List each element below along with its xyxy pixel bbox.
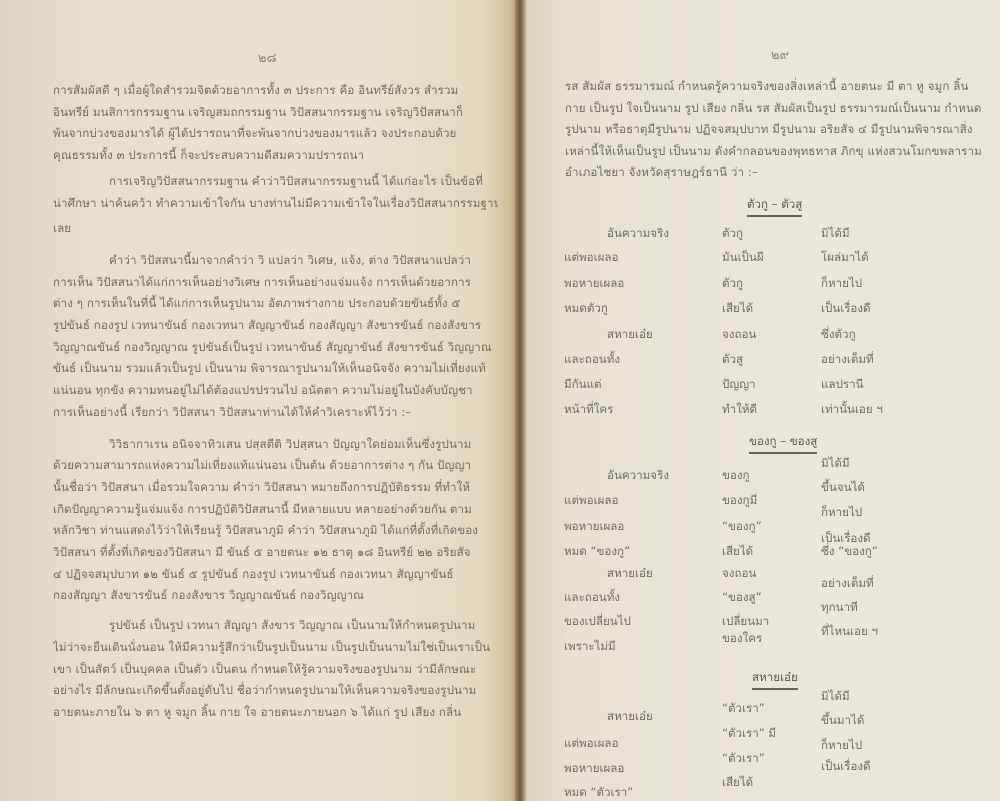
poem-line-3: ก็หายไป (821, 275, 862, 293)
poem-line-1: และถอนทั้ง (564, 589, 620, 607)
poem-line-1: หมด “ตัวเรา” (564, 784, 633, 801)
text-line: อำเภอไชยา จังหวัดสุราษฎร์ธานี ว่า :– (565, 162, 965, 184)
right-page-intro: รส สัมผัส ธรรมารมณ์ กำหนดรู้ความจริงของส… (565, 76, 965, 184)
open-book-spread: ๒๘ การสัมผัสดี ๆ เมื่อผู้ใดสำรวมจิตด้วยอ… (0, 0, 1000, 801)
poem-line-1: พอหายเผลอ (564, 518, 624, 536)
poem-line-1: หมดตัวกู (564, 300, 608, 318)
poem-line-2: ตัวกู (722, 275, 743, 293)
poem-line-2: มันเป็นผี (722, 249, 764, 267)
poem-line-3: เป็นเรื่องดี (821, 758, 871, 776)
poem-line-3: ทุกนาที (821, 599, 858, 617)
text-line: ต่าง ๆ การเห็นในที่นี้ ได้แก่การเห็นรูปน… (53, 293, 498, 315)
poem-line-2: “ของสู” (722, 589, 762, 607)
poem-line-2: ทำให้ดี (722, 401, 757, 419)
text-line: อินทรีย์ มนสิการกรรมฐาน เจริญสมถกรรมฐาน … (53, 102, 498, 124)
poem-title: ตัวกู – ตัวสู (747, 196, 802, 217)
poem-line-1: แต่พอเผลอ (564, 249, 618, 267)
text-line: ไม่ว่าจะยืนเดินนั่งนอน ให้มีความรู้สึกว่… (53, 637, 498, 659)
text-line: รูปขันธ์ เป็นรูป เวทนา สัญญา สังขาร วิญญ… (53, 615, 498, 637)
poem-line-3: โผล่มาได้ (821, 249, 869, 267)
poem-line-1: พอหายเผลอ (564, 760, 624, 778)
poem-line-3: ที่ไหนเอย ฯ (821, 623, 878, 641)
poem-line-1: มีกันแต่ (564, 376, 602, 394)
text-line: การเห็น วิปัสสนาได้แก่การเห็นอย่างวิเศษ … (53, 272, 498, 294)
page-number: ๒๙ (771, 44, 789, 65)
paragraph: การเจริญวิปัสสนากรรมฐาน คำว่าวิปัสสนากรร… (53, 171, 498, 240)
poem-line-2: ของใคร (722, 630, 762, 648)
poem-line-1: พอหายเผลอ (564, 275, 624, 293)
poem-line-1: หมด “ของกู” (564, 543, 630, 561)
text-line: ด้วยความสามารถแห่งความไม่เที่ยงแท้แน่นอน… (53, 455, 498, 477)
poem-line-1: แต่พอเผลอ (564, 492, 618, 510)
poem-line-2: เปลี่ยนมา (722, 613, 769, 631)
text-line: กาย เป็นรูป ใจเป็นนาม รูป เสียง กลิ่น รส… (565, 98, 965, 120)
text-line: วิปัสสนา ที่ตั้งที่เกิดของวิปัสสนา มี ขั… (53, 542, 498, 564)
text-line: การเห็นอย่างนี้ เรียกว่า วิปัสสนา วิปัสส… (53, 402, 498, 424)
poem-title: สหายเอ๋ย (752, 669, 798, 690)
poem-line-2: ตัวกู (722, 225, 743, 243)
poem-line-2: ของกู (722, 467, 750, 485)
text-line: วิญญาณขันธ์ กองวิญญาณ รูปขันธ์เป็นรูป เว… (53, 337, 498, 359)
poem-line-3: ก็หายไป (821, 737, 862, 755)
poem-line-3: ขึ้นมาได้ (821, 712, 864, 730)
poem-title: ของกู – ของสู (749, 433, 817, 454)
poem-line-2: เสียได้ (722, 774, 753, 792)
poem-line-2: ของกูมี (722, 492, 757, 510)
text-line: คุณธรรมทั้ง ๓ ประการนี้ ก็จะประสบความดีส… (53, 145, 498, 167)
text-line: การสัมผัสดี ๆ เมื่อผู้ใดสำรวมจิตด้วยอากา… (53, 80, 498, 102)
poem-line-1: หน้าที่ใคร (564, 401, 613, 419)
text-line: แน่นอน ทุกขัง ความทนอยู่ไม่ได้ต้องแปรปรว… (53, 380, 498, 402)
poem-line-1: แต่พอเผลอ (564, 735, 618, 753)
text-line: เลย (53, 218, 498, 240)
poem-line-2: ปัญญา (722, 376, 756, 394)
text-line: รส สัมผัส ธรรมารมณ์ กำหนดรู้ความจริงของส… (565, 76, 965, 98)
text-line: เขา เป็นสัตว์ เป็นบุคคล เป็นตัว เป็นตน ก… (53, 659, 498, 681)
poem-line-1: สหายเอ๋ย (607, 708, 653, 726)
poem-line-1: เพราะไม่มี (564, 638, 616, 656)
poem-line-1: และถอนทั้ง (564, 351, 620, 369)
poem-line-2: จงถอน (722, 565, 756, 583)
poem-line-2: “ตัวเรา” (722, 750, 765, 768)
page-number: ๒๘ (258, 47, 277, 68)
poem-line-2: เสียได้ (722, 300, 753, 318)
text-line: ขันธ์ เป็นนาม รวมแล้วเป็นรูป เป็นนาม พิจ… (53, 358, 498, 380)
poem-line-1: ของเปลี่ยนไป (564, 613, 631, 631)
text-line: เกิดปัญญาความรู้แจ่มแจ้ง การปฏิบัติวิปัส… (53, 499, 498, 521)
left-page: ๒๘ การสัมผัสดี ๆ เมื่อผู้ใดสำรวมจิตด้วยอ… (0, 0, 515, 801)
right-page: ๒๙ รส สัมผัส ธรรมารมณ์ กำหนดรู้ความจริงข… (527, 0, 1000, 801)
text-line: นั้นชื่อว่า วิปัสสนา เมื่อรวมใจความ คำว่… (53, 477, 498, 499)
left-page-body: การสัมผัสดี ๆ เมื่อผู้ใดสำรวมจิตด้วยอากา… (53, 80, 498, 724)
poem-line-3: ขึ้นจนได้ (821, 479, 865, 497)
poem-line-3: เป็นเรื่องดี (821, 300, 871, 318)
poem-line-3: อย่างเต็มที่ (821, 351, 874, 369)
poem-line-1: อันความจริง (607, 467, 669, 485)
paragraph: การสัมผัสดี ๆ เมื่อผู้ใดสำรวมจิตด้วยอากา… (53, 80, 498, 167)
text-line: อย่างไร มีลักษณะเกิดขึ้นตั้งอยู่ดับไป ชื… (53, 680, 498, 702)
paragraph: คำว่า วิปัสสนานี้มาจากคำว่า วิ แปลว่า วิ… (53, 250, 498, 424)
poem-line-3: แลปรานี (821, 376, 864, 394)
poem-line-1: สหายเอ๋ย (607, 565, 653, 583)
poem-line-3: มิได้มี (821, 688, 850, 706)
poem-line-3: ซึ่ง “ของกู” (821, 543, 878, 561)
text-line: พ้นจากบ่วงของมารได้ ผู้ได้ปรารถนาที่จะพ้… (53, 123, 498, 145)
poem-line-2: “ของกู” (722, 518, 762, 536)
text-line: หลักวิชา ท่านแสดงไว้ว่าให้เรียนรู้ วิปัส… (53, 520, 498, 542)
text-line: รูปขันธ์ กองรูป เวทนาขันธ์ กองเวทนา สัญญ… (53, 315, 498, 337)
poem-line-3: มิได้มี (821, 225, 850, 243)
poem-line-2: จงถอน (722, 326, 756, 344)
poem-line-2: เสียได้ (722, 543, 753, 561)
paragraph: รูปขันธ์ เป็นรูป เวทนา สัญญา สังขาร วิญญ… (53, 615, 498, 724)
text-line: กองสัญญา สังขารขันธ์ กองสังขาร วิญญาณขัน… (53, 585, 498, 607)
paragraph: วิวิธากาเรน อนิจจาทิวเสน ปสฺสตีติ วิปสฺส… (53, 434, 498, 608)
poem-line-3: มิได้มี (821, 455, 850, 473)
text-line: คำว่า วิปัสสนานี้มาจากคำว่า วิ แปลว่า วิ… (53, 250, 498, 272)
poem-line-1: สหายเอ๋ย (607, 326, 653, 344)
poem-line-2: ตัวสู (722, 351, 743, 369)
text-line: อายตนะภายใน ๖ ตา หู จมูก ลิ้น กาย ใจ อาย… (53, 702, 498, 724)
text-line: ๔ ปฏิจจสมุปบาท ๑๒ ขันธ์ ๕ รูปขันธ์ กองรู… (53, 564, 498, 586)
poem-line-2: “ตัวเรา” มี (722, 725, 776, 743)
text-line: รูปนาม หรือธาตุมีรูปนาม ปฏิจจสมุปบาท มีร… (565, 119, 965, 141)
poem-line-3: เท่านั้นเอย ฯ (821, 401, 883, 419)
poem-line-2: “ตัวเรา” (722, 700, 765, 718)
text-line: เหล่านี้ให้เห็นเป็นรูป เป็นนาม ดังคำกลอน… (565, 141, 965, 163)
poem-line-3: ก็หายไป (821, 504, 862, 522)
text-line: การเจริญวิปัสสนากรรมฐาน คำว่าวิปัสสนากรร… (53, 171, 498, 193)
book-gutter (515, 0, 527, 801)
poem-line-1: อันความจริง (607, 225, 669, 243)
poem-line-3: ซึ่งตัวกู (821, 326, 856, 344)
text-line: น่าศึกษา น่าค้นคว้า ทำความเข้าใจกัน บางท… (53, 193, 498, 215)
poem-line-3: อย่างเต็มที่ (821, 575, 874, 593)
text-line: วิวิธากาเรน อนิจจาทิวเสน ปสฺสตีติ วิปสฺส… (53, 434, 498, 456)
